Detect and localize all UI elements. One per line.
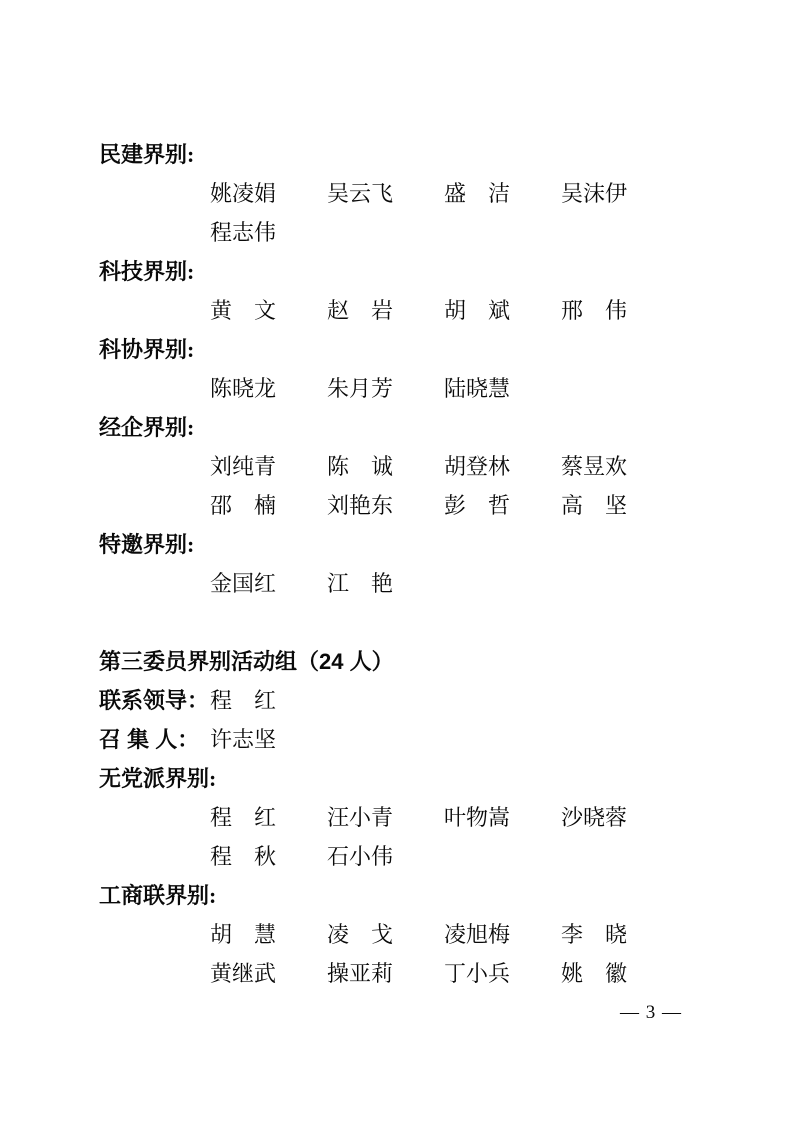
sector-heading: 经企界别: (99, 408, 682, 447)
sector-section: 民建界别: 姚凌娟 吴云飞 盛 洁 吴沫伊 程志伟 (99, 135, 682, 252)
contact-label: 联系领导： (99, 681, 210, 720)
member-name: 江 艳 (327, 564, 393, 603)
member-name: 陈 诚 (327, 447, 393, 486)
member-name: 高 坚 (561, 486, 627, 525)
member-name: 邵 楠 (210, 486, 276, 525)
member-name: 石小伟 (327, 837, 393, 876)
member-name: 姚凌娟 (210, 174, 276, 213)
sector-section: 特邀界别: 金国红 江 艳 (99, 525, 682, 603)
name-row: 程志伟 (99, 213, 682, 252)
member-name: 陈晓龙 (210, 369, 276, 408)
name-row: 程 红 汪小青 叶物嵩 沙晓蓉 (99, 798, 682, 837)
member-name: 凌 戈 (327, 915, 393, 954)
sector-heading: 科协界别: (99, 330, 682, 369)
document-page: 民建界别: 姚凌娟 吴云飞 盛 洁 吴沫伊 程志伟 科技界别: 黄 文 赵 岩 … (0, 0, 793, 1122)
sector-heading: 工商联界别: (99, 876, 682, 915)
member-name: 胡登林 (444, 447, 510, 486)
sector-section: 无党派界别: 程 红 汪小青 叶物嵩 沙晓蓉 程 秋 石小伟 (99, 759, 682, 876)
member-name: 姚 徽 (561, 954, 627, 993)
name-row: 邵 楠 刘艳东 彭 哲 高 坚 (99, 486, 682, 525)
member-name: 程志伟 (210, 213, 276, 252)
member-name: 刘艳东 (327, 486, 393, 525)
member-name: 叶物嵩 (444, 798, 510, 837)
member-name: 胡 慧 (210, 915, 276, 954)
name-row: 姚凌娟 吴云飞 盛 洁 吴沫伊 (99, 174, 682, 213)
contact-value: 程 红 (210, 688, 276, 713)
member-name: 丁小兵 (444, 954, 510, 993)
member-name: 刘纯青 (210, 447, 276, 486)
contact-label: 召 集 人： (99, 720, 210, 759)
member-name: 黄 文 (210, 291, 276, 330)
name-row: 胡 慧 凌 戈 凌旭梅 李 晓 (99, 915, 682, 954)
member-name: 沙晓蓉 (561, 798, 627, 837)
member-name: 彭 哲 (444, 486, 510, 525)
page-content: 民建界别: 姚凌娟 吴云飞 盛 洁 吴沫伊 程志伟 科技界别: 黄 文 赵 岩 … (0, 0, 793, 1032)
page-number: — 3 — (99, 993, 682, 1032)
member-name: 邢 伟 (561, 291, 627, 330)
sector-section: 经企界别: 刘纯青 陈 诚 胡登林 蔡昱欢 邵 楠 刘艳东 彭 哲 高 坚 (99, 408, 682, 525)
member-name: 凌旭梅 (444, 915, 510, 954)
member-name: 赵 岩 (327, 291, 393, 330)
member-name: 朱月芳 (327, 369, 393, 408)
sector-heading: 科技界别: (99, 252, 682, 291)
member-name: 胡 斌 (444, 291, 510, 330)
sector-heading: 民建界别: (99, 135, 682, 174)
member-name: 蔡昱欢 (561, 447, 627, 486)
name-row: 黄继武 操亚莉 丁小兵 姚 徽 (99, 954, 682, 993)
blank-line (99, 603, 682, 642)
contact-line: 联系领导：程 红 (99, 681, 682, 720)
member-name: 汪小青 (327, 798, 393, 837)
member-name: 吴云飞 (327, 174, 393, 213)
member-name: 陆晓慧 (444, 369, 510, 408)
sector-section: 工商联界别: 胡 慧 凌 戈 凌旭梅 李 晓 黄继武 操亚莉 丁小兵 姚 徽 (99, 876, 682, 993)
contact-line: 召 集 人：许志坚 (99, 720, 682, 759)
group3-contacts: 联系领导：程 红 召 集 人：许志坚 (99, 681, 682, 759)
sector-section: 科技界别: 黄 文 赵 岩 胡 斌 邢 伟 (99, 252, 682, 330)
name-row: 陈晓龙 朱月芳 陆晓慧 (99, 369, 682, 408)
member-name: 金国红 (210, 564, 276, 603)
contact-value: 许志坚 (210, 727, 276, 752)
member-name: 李 晓 (561, 915, 627, 954)
group3-title: 第三委员界别活动组（24 人） (99, 642, 682, 681)
name-row: 金国红 江 艳 (99, 564, 682, 603)
name-row: 刘纯青 陈 诚 胡登林 蔡昱欢 (99, 447, 682, 486)
member-name: 程 秋 (210, 837, 276, 876)
name-row: 黄 文 赵 岩 胡 斌 邢 伟 (99, 291, 682, 330)
sector-sections-top: 民建界别: 姚凌娟 吴云飞 盛 洁 吴沫伊 程志伟 科技界别: 黄 文 赵 岩 … (99, 135, 682, 603)
sector-heading: 特邀界别: (99, 525, 682, 564)
member-name: 程 红 (210, 798, 276, 837)
member-name: 吴沫伊 (561, 174, 627, 213)
sector-heading: 无党派界别: (99, 759, 682, 798)
name-row: 程 秋 石小伟 (99, 837, 682, 876)
member-name: 操亚莉 (327, 954, 393, 993)
member-name: 黄继武 (210, 954, 276, 993)
member-name: 盛 洁 (444, 174, 510, 213)
sector-section: 科协界别: 陈晓龙 朱月芳 陆晓慧 (99, 330, 682, 408)
sector-sections-group3: 无党派界别: 程 红 汪小青 叶物嵩 沙晓蓉 程 秋 石小伟 工商联界别: 胡 … (99, 759, 682, 993)
